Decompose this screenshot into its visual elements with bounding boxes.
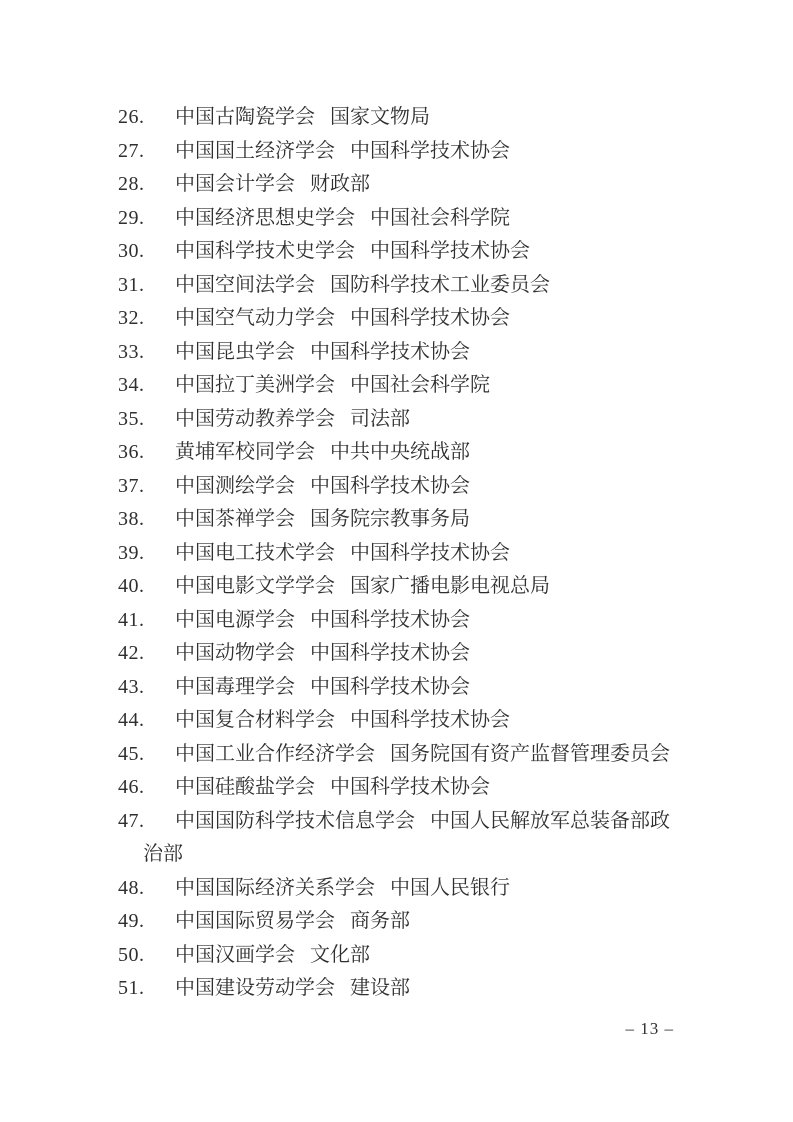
list-item: 32. 中国空气动力学会中国科学技术协会 — [118, 302, 688, 336]
item-number: 49. — [118, 905, 175, 939]
supervising-body: 中国人民银行 — [390, 877, 510, 899]
list-item: 48. 中国国际经济关系学会中国人民银行 — [118, 872, 688, 906]
supervising-body: 国家文物局 — [330, 106, 430, 128]
society-name: 中国国防科学技术信息学会 — [175, 810, 415, 832]
society-name: 黄埔军校同学会 — [175, 441, 315, 463]
list-item: 45. 中国工业合作经济学会国务院国有资产监督管理委员会 — [118, 738, 688, 772]
item-text: 中国茶禅学会国务院宗教事务局 — [175, 503, 688, 537]
society-name: 中国科学技术史学会 — [175, 240, 355, 262]
list-item: 36. 黄埔军校同学会中共中央统战部 — [118, 436, 688, 470]
list-item: 28. 中国会计学会财政部 — [118, 168, 688, 202]
item-number: 46. — [118, 771, 175, 805]
supervising-body: 国务院宗教事务局 — [310, 508, 470, 530]
item-number: 51. — [118, 972, 175, 1006]
society-name: 中国经济思想史学会 — [175, 207, 355, 229]
society-name: 中国测绘学会 — [175, 475, 295, 497]
list-item: 30. 中国科学技术史学会中国科学技术协会 — [118, 235, 688, 269]
society-name: 中国会计学会 — [175, 173, 295, 195]
society-name: 中国硅酸盐学会 — [175, 776, 315, 798]
society-name: 中国空气动力学会 — [175, 307, 335, 329]
document-page: 26. 中国古陶瓷学会国家文物局 27. 中国国土经济学会中国科学技术协会 28… — [0, 0, 793, 1122]
supervising-body: 文化部 — [310, 944, 370, 966]
item-text: 黄埔军校同学会中共中央统战部 — [175, 436, 688, 470]
item-text: 中国汉画学会文化部 — [175, 939, 688, 973]
item-text: 中国电影文学学会国家广播电影电视总局 — [175, 570, 688, 604]
list-item: 43. 中国毒理学会中国科学技术协会 — [118, 671, 688, 705]
item-text: 中国空气动力学会中国科学技术协会 — [175, 302, 688, 336]
society-name: 中国国际贸易学会 — [175, 910, 335, 932]
item-number: 41. — [118, 604, 175, 638]
list-item: 41. 中国电源学会中国科学技术协会 — [118, 604, 688, 638]
society-name: 中国建设劳动学会 — [175, 977, 335, 999]
item-number: 27. — [118, 135, 175, 169]
item-text: 中国科学技术史学会中国科学技术协会 — [175, 235, 688, 269]
supervising-body: 国防科学技术工业委员会 — [330, 274, 550, 296]
item-number: 47. — [118, 805, 175, 839]
item-text: 中国国土经济学会中国科学技术协会 — [175, 135, 688, 169]
society-name: 中国拉丁美洲学会 — [175, 374, 335, 396]
item-number: 39. — [118, 537, 175, 571]
supervising-body: 中国科学技术协会 — [310, 609, 470, 631]
society-name: 中国空间法学会 — [175, 274, 315, 296]
item-text: 中国国际贸易学会商务部 — [175, 905, 688, 939]
society-name: 中国茶禅学会 — [175, 508, 295, 530]
supervising-body: 国务院国有资产监督管理委员会 — [390, 743, 670, 765]
item-text: 中国复合材料学会中国科学技术协会 — [175, 704, 688, 738]
item-text: 中国空间法学会国防科学技术工业委员会 — [175, 269, 688, 303]
society-name: 中国电影文学学会 — [175, 575, 335, 597]
item-text: 中国建设劳动学会建设部 — [175, 972, 688, 1006]
item-number: 28. — [118, 168, 175, 202]
item-text: 中国电源学会中国科学技术协会 — [175, 604, 688, 638]
item-text: 中国毒理学会中国科学技术协会 — [175, 671, 688, 705]
item-number: 33. — [118, 336, 175, 370]
society-name: 中国工业合作经济学会 — [175, 743, 375, 765]
list-item: 46. 中国硅酸盐学会中国科学技术协会 — [118, 771, 688, 805]
list-item: 26. 中国古陶瓷学会国家文物局 — [118, 101, 688, 135]
item-text: 中国昆虫学会中国科学技术协会 — [175, 336, 688, 370]
list-item: 38. 中国茶禅学会国务院宗教事务局 — [118, 503, 688, 537]
supervising-body: 财政部 — [310, 173, 370, 195]
supervising-body: 中国科学技术协会 — [330, 776, 490, 798]
supervising-body: 中国科学技术协会 — [350, 307, 510, 329]
supervising-body: 中国科学技术协会 — [370, 240, 530, 262]
list-item: 34. 中国拉丁美洲学会中国社会科学院 — [118, 369, 688, 403]
supervising-body: 中国科学技术协会 — [350, 140, 510, 162]
list-item: 39. 中国电工技术学会中国科学技术协会 — [118, 537, 688, 571]
society-name: 中国国土经济学会 — [175, 140, 335, 162]
item-text: 中国电工技术学会中国科学技术协会 — [175, 537, 688, 571]
list-item: 40. 中国电影文学学会国家广播电影电视总局 — [118, 570, 688, 604]
organization-list: 26. 中国古陶瓷学会国家文物局 27. 中国国土经济学会中国科学技术协会 28… — [118, 101, 688, 1006]
item-number: 37. — [118, 470, 175, 504]
society-name: 中国电工技术学会 — [175, 542, 335, 564]
list-item: 47. 中国国防科学技术信息学会中国人民解放军总装备部政 治部 — [118, 805, 688, 872]
page-number: – 13 – — [626, 1019, 675, 1039]
supervising-body: 中国科学技术协会 — [350, 542, 510, 564]
society-name: 中国昆虫学会 — [175, 341, 295, 363]
item-number: 36. — [118, 436, 175, 470]
supervising-body: 中国人民解放军总装备部政 — [430, 810, 670, 832]
item-number: 42. — [118, 637, 175, 671]
list-item: 29. 中国经济思想史学会中国社会科学院 — [118, 202, 688, 236]
item-number: 50. — [118, 939, 175, 973]
supervising-body: 中国科学技术协会 — [310, 341, 470, 363]
supervising-body: 中国科学技术协会 — [310, 676, 470, 698]
item-number: 44. — [118, 704, 175, 738]
list-item: 44. 中国复合材料学会中国科学技术协会 — [118, 704, 688, 738]
item-text: 中国国际经济关系学会中国人民银行 — [175, 872, 688, 906]
list-item: 37. 中国测绘学会中国科学技术协会 — [118, 470, 688, 504]
supervising-body: 中国社会科学院 — [350, 374, 490, 396]
society-name: 中国国际经济关系学会 — [175, 877, 375, 899]
item-text: 中国动物学会中国科学技术协会 — [175, 637, 688, 671]
item-text: 中国国防科学技术信息学会中国人民解放军总装备部政 — [175, 805, 688, 839]
item-number: 43. — [118, 671, 175, 705]
item-number: 38. — [118, 503, 175, 537]
supervising-body: 司法部 — [350, 408, 410, 430]
item-text: 中国测绘学会中国科学技术协会 — [175, 470, 688, 504]
item-number: 45. — [118, 738, 175, 772]
society-name: 中国古陶瓷学会 — [175, 106, 315, 128]
supervising-body: 中国科学技术协会 — [350, 709, 510, 731]
item-number: 35. — [118, 403, 175, 437]
item-number: 30. — [118, 235, 175, 269]
item-number: 34. — [118, 369, 175, 403]
list-item: 50. 中国汉画学会文化部 — [118, 939, 688, 973]
society-name: 中国汉画学会 — [175, 944, 295, 966]
supervising-body: 商务部 — [350, 910, 410, 932]
item-text: 中国工业合作经济学会国务院国有资产监督管理委员会 — [175, 738, 688, 772]
item-number: 40. — [118, 570, 175, 604]
item-number: 29. — [118, 202, 175, 236]
item-number: 31. — [118, 269, 175, 303]
supervising-body: 建设部 — [350, 977, 410, 999]
supervising-body: 中国社会科学院 — [370, 207, 510, 229]
supervising-body: 中国科学技术协会 — [310, 642, 470, 664]
item-text: 中国硅酸盐学会中国科学技术协会 — [175, 771, 688, 805]
list-item: 35. 中国劳动教养学会司法部 — [118, 403, 688, 437]
item-text: 中国拉丁美洲学会中国社会科学院 — [175, 369, 688, 403]
society-name: 中国复合材料学会 — [175, 709, 335, 731]
society-name: 中国动物学会 — [175, 642, 295, 664]
item-number: 26. — [118, 101, 175, 135]
list-item: 51. 中国建设劳动学会建设部 — [118, 972, 688, 1006]
list-item: 31. 中国空间法学会国防科学技术工业委员会 — [118, 269, 688, 303]
item-text: 中国古陶瓷学会国家文物局 — [175, 101, 688, 135]
continuation-line: 治部 — [143, 838, 688, 872]
society-name: 中国电源学会 — [175, 609, 295, 631]
item-text: 中国经济思想史学会中国社会科学院 — [175, 202, 688, 236]
list-item: 49. 中国国际贸易学会商务部 — [118, 905, 688, 939]
supervising-body: 国家广播电影电视总局 — [350, 575, 550, 597]
supervising-body: 中国科学技术协会 — [310, 475, 470, 497]
society-name: 中国劳动教养学会 — [175, 408, 335, 430]
list-item: 27. 中国国土经济学会中国科学技术协会 — [118, 135, 688, 169]
item-text: 中国会计学会财政部 — [175, 168, 688, 202]
supervising-body: 中共中央统战部 — [330, 441, 470, 463]
list-item: 42. 中国动物学会中国科学技术协会 — [118, 637, 688, 671]
society-name: 中国毒理学会 — [175, 676, 295, 698]
item-text: 中国劳动教养学会司法部 — [175, 403, 688, 437]
item-number: 32. — [118, 302, 175, 336]
item-number: 48. — [118, 872, 175, 906]
list-item: 33. 中国昆虫学会中国科学技术协会 — [118, 336, 688, 370]
